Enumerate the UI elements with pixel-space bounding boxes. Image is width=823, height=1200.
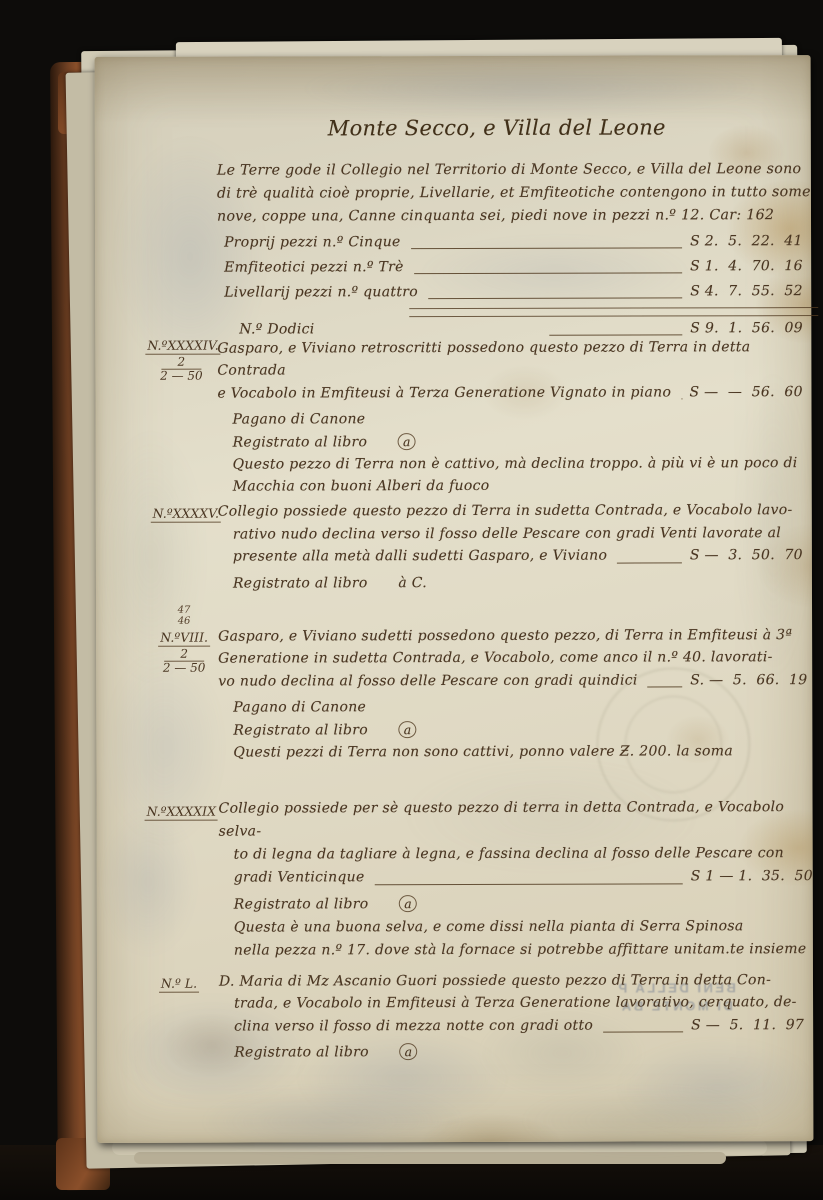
entry-line: Generatione in sudetta Contrada, e Vocab… — [218, 646, 818, 670]
margin-fraction: 2 2 — 50 — [148, 648, 220, 675]
entry-amount: S — — 56. 60 — [689, 381, 817, 404]
margin-fraction: 2 2 — 50 — [145, 356, 217, 383]
entry-line: Gasparo, e Viviano sudetti possedono que… — [218, 624, 818, 648]
entry-line: presente alla metà dalli sudetti Gasparo… — [218, 544, 818, 568]
entry-amount: S — 3. 50. 70 — [690, 544, 818, 567]
entry-text: presente alla metà dalli sudetti Gasparo… — [233, 545, 607, 568]
summary-row: Emfiteotici pezzi n.º Trè S 1. 4. 70. 16 — [224, 256, 818, 279]
entry-line: to di legna da tagliare à legna, e fassi… — [219, 842, 819, 867]
entry-line: Collegio possiede questo pezzo di Terra … — [218, 499, 818, 523]
entry-line: Registrato al libro à C. — [218, 571, 818, 595]
manuscript-page: BENI DELLA P DI MONTE BA Monte Secco, e … — [95, 55, 814, 1143]
intro-line: nove, coppe una, Canne cinquanta sei, pi… — [217, 204, 815, 229]
leader-line — [603, 1031, 683, 1033]
photo-canvas: 304 BENI DELLA P DI MONTE BA Monte Secco… — [0, 0, 823, 1200]
entry-line: D. Maria di Mz Ascanio Guori possiede qu… — [219, 969, 819, 993]
margin-number: N.ºXXXXIX — [145, 804, 218, 821]
margin-correction: 46 — [148, 616, 220, 627]
summary-label: Livellarij pezzi n.º quattro — [224, 282, 418, 304]
register-badge: a — [399, 895, 417, 912]
register-reference: à C. — [398, 575, 427, 591]
summary-row: Proprij pezzi n.º Cinque S 2. 5. 22. 41 — [224, 231, 818, 254]
leader-line — [375, 882, 683, 885]
showthrough-ornament — [295, 59, 765, 116]
summary-table: Proprij pezzi n.º Cinque S 2. 5. 22. 41 … — [224, 231, 818, 345]
showthrough-ornament — [101, 807, 196, 957]
intro-paragraph: Le Terre gode il Collegio nel Territorio… — [217, 158, 815, 229]
entry-line: Gasparo, e Viviano retroscritti possedon… — [217, 336, 817, 382]
entry-text: Registrato al libro — [233, 575, 368, 591]
leader-line — [617, 561, 682, 563]
entry-text: e Vocabolo in Emfiteusi à Terza Generati… — [217, 381, 671, 405]
entry-body: D. Maria di Mz Ascanio Guori possiede qu… — [219, 969, 819, 1064]
entry-margin-number: N.ºXXXXIV. 2 2 — 50 — [145, 335, 217, 383]
entry-margin-number: N.ºXXXXV. — [150, 503, 222, 523]
entry-text: gradi Venticinque — [234, 866, 365, 889]
entry-line: Registrato al libro a — [219, 1040, 819, 1064]
entry-text: clina verso il fosso di mezza notte con … — [234, 1014, 593, 1037]
summary-row: Livellarij pezzi n.º quattro S 4. 7. 55.… — [224, 281, 818, 304]
entry-line: Questi pezzi di Terra non sono cattivi, … — [218, 740, 818, 764]
register-badge: a — [399, 721, 417, 738]
summary-label: Proprij pezzi n.º Cinque — [224, 232, 401, 253]
entry-line: clina verso il fosso di mezza notte con … — [219, 1014, 819, 1038]
page-stack-edge — [134, 1152, 726, 1164]
entry-body: Gasparo, e Viviano retroscritti possedon… — [217, 336, 817, 498]
entry-text: Registrato al libro — [233, 434, 368, 450]
intro-line: di trè qualità cioè proprie, Livellarie,… — [217, 181, 815, 206]
leader-line — [414, 271, 682, 274]
entry-text: vo nudo declina al fosso delle Pescare c… — [218, 669, 637, 693]
entry-amount: S. — 5. 66. 19 — [690, 669, 818, 692]
margin-number: N.ºVIII. — [158, 630, 210, 647]
entry-body: Gasparo, e Viviano sudetti possedono que… — [218, 624, 818, 764]
entry-body: Collegio possiede questo pezzo di Terra … — [218, 499, 818, 595]
entry-line: nella pezza n.º 17. dove stà la fornace … — [219, 938, 819, 963]
intro-line: Le Terre gode il Collegio nel Territorio… — [217, 158, 815, 183]
entry-line: Pagano di Canone — [218, 695, 818, 719]
margin-correction: 47 — [148, 606, 220, 617]
entry-text: Registrato al libro — [233, 722, 368, 738]
entry-margin-number: 47 46 N.ºVIII. 2 2 — 50 — [148, 606, 220, 675]
leader-line — [411, 246, 682, 249]
leader-line — [550, 333, 683, 335]
margin-number: N.ºXXXXV. — [151, 506, 221, 523]
entry-line: rativo nudo declina verso il fosso delle… — [218, 522, 818, 546]
page-title: Monte Secco, e Villa del Leone — [227, 115, 767, 140]
margin-number: N.º L. — [159, 976, 199, 993]
register-badge: a — [398, 433, 416, 450]
entry-line: Questo pezzo di Terra non è cattivo, mà … — [218, 452, 818, 476]
entry-line: Registrato al libro a — [218, 430, 818, 454]
total-rule — [409, 307, 818, 317]
summary-label: Emfiteotici pezzi n.º Trè — [224, 257, 404, 278]
entry-margin-number: N.ºXXXXIX — [145, 801, 217, 821]
fraction-top: 2 — [161, 356, 201, 370]
leader-line — [648, 686, 683, 688]
entry-line: e Vocabolo in Emfiteusi à Terza Generati… — [217, 381, 817, 405]
fraction-top: 2 — [164, 648, 204, 662]
entry-margin-number: N.º L. — [143, 973, 215, 993]
fraction-bottom: 2 — 50 — [163, 661, 206, 675]
entry-line: Registrato al libro a — [219, 892, 819, 917]
entry-text: Registrato al libro — [234, 1044, 369, 1060]
entry-amount: S — 5. 11. 97 — [691, 1014, 819, 1037]
entry-line: trada, e Vocabolo in Emfiteusi à Terza G… — [219, 991, 819, 1015]
margin-number: N.ºXXXXIV. — [145, 338, 220, 355]
entry-line: Registrato al libro a — [218, 718, 818, 742]
entry-amount: S 1 — 1. 35. 50 — [691, 865, 819, 888]
leader-line — [428, 296, 682, 299]
summary-amount: S 2. 5. 22. 41 — [690, 231, 818, 252]
entry-body: Collegio possiede per sè questo pezzo di… — [219, 796, 819, 963]
summary-amount: S 1. 4. 70. 16 — [690, 256, 818, 277]
entry-line: vo nudo declina al fosso delle Pescare c… — [218, 669, 818, 693]
entry-text: Registrato al libro — [234, 896, 369, 912]
register-badge: a — [400, 1043, 418, 1060]
entry-line: Questa è una buona selva, e come dissi n… — [219, 915, 819, 940]
entry-line: gradi Venticinque S 1 — 1. 35. 50 — [219, 865, 819, 890]
entry-line: Macchia con buoni Alberi da fuoco — [218, 474, 818, 498]
entry-line: Pagano di Canone — [218, 407, 818, 431]
fraction-bottom: 2 — 50 — [160, 369, 203, 383]
summary-amount: S 4. 7. 55. 52 — [690, 281, 818, 302]
entry-line: Collegio possiede per sè questo pezzo di… — [219, 796, 819, 844]
